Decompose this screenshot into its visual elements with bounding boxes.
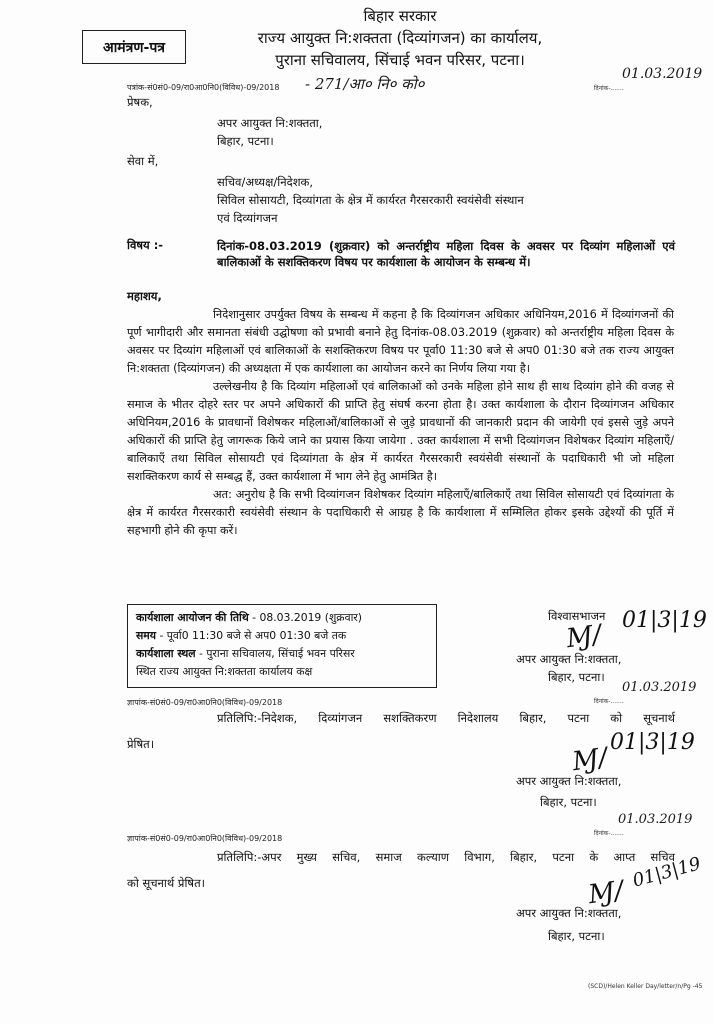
copy1-designation: अपर आयुक्त नि:शक्तता,: [516, 774, 621, 789]
letter-body: निदेशानुसार उपर्युक्त विषय के सम्बन्ध मे…: [127, 306, 674, 540]
event-details-box: कार्यशाला आयोजन की तिथि - 08.03.2019 (शु…: [127, 604, 437, 688]
recipient-label: सेवा में,: [127, 154, 158, 169]
paragraph-2: उल्लेखनीय है कि दिव्यांग महिलाओं एवं बाल…: [127, 378, 674, 486]
office-name: राज्य आयुक्त नि:शक्तता (दिव्यांगजन) का क…: [190, 28, 610, 48]
invitation-badge-label: आमंत्रण-पत्र: [103, 38, 165, 57]
signature-designation-1: अपर आयुक्त नि:शक्तता,: [516, 652, 621, 667]
event-date-value: - 08.03.2019 (शुक्रवार): [252, 611, 362, 624]
letter-date-label: दिनांक-.......: [594, 84, 624, 92]
copy1-reference: ज्ञापांक-सं0सं0-09/रा0आ0नि0(विविध)-09/20…: [127, 697, 282, 708]
copy2-text-line1: प्रतिलिपि:-अपर मुख्य सचिव, समाज कल्याण व…: [217, 850, 675, 865]
paragraph-1: निदेशानुसार उपर्युक्त विषय के सम्बन्ध मे…: [127, 306, 674, 378]
copy2-text-line2: को सूचनार्थ प्रेषित।: [127, 876, 205, 891]
event-time-row: समय - पूर्वा0 11:30 बजे से अप0 01:30 बजे…: [136, 627, 428, 645]
signature-date-1: 01|3|19: [622, 608, 707, 633]
signature-mark-2: Ɱ/: [570, 743, 609, 778]
copy2-place: बिहार, पटना।: [548, 929, 605, 944]
recipient-line2: सिविल सोसायटी, दिव्यांगता के क्षेत्र में…: [217, 193, 524, 208]
recipient-line1: सचिव/अध्यक्ष/निदेशक,: [217, 175, 313, 190]
file-path-footer: (SCD)/Helen Keller Day/letter/n/Pg -45: [588, 983, 702, 990]
government-name: बिहार सरकार: [190, 6, 610, 26]
recipient-line3: एवं दिव्यांगजन: [217, 211, 277, 226]
office-address: पुराना सचिवालय, सिंचाई भवन परिसर, पटना।: [190, 50, 610, 70]
event-time-value: - पूर्वा0 11:30 बजे से अप0 01:30 बजे तक: [159, 629, 346, 642]
letter-date-handwritten: 01.03.2019: [622, 66, 702, 82]
copy1-text-line1: प्रतिलिपि:-निदेशक, दिव्यांगजन सशक्तिकरण …: [217, 711, 675, 726]
copy2-reference: ज्ञापांक-सं0सं0-09/रा0आ0नि0(विविध)-09/20…: [127, 833, 282, 844]
sender-designation: अपर आयुक्त नि:शक्तता,: [217, 116, 322, 131]
signature-date-handwritten-1: 01.03.2019: [622, 680, 696, 695]
letter-number-handwritten: - 271/आ० नि० को०: [305, 74, 424, 94]
subject-label: विषय :-: [127, 238, 163, 253]
event-date-label: कार्यशाला आयोजन की तिथि: [136, 611, 249, 624]
event-venue-label: कार्यशाला स्थल: [136, 647, 196, 660]
sender-place: बिहार, पटना।: [217, 134, 274, 149]
copy1-place: बिहार, पटना।: [540, 795, 597, 810]
signature-date-label-1: दिनांक-.......: [594, 697, 624, 705]
invitation-badge: आमंत्रण-पत्र: [82, 30, 186, 64]
sender-label: प्रेषक,: [127, 95, 153, 110]
signature-place-1: बिहार, पटना।: [548, 670, 605, 685]
copy1-date-handwritten: 01.03.2019: [618, 812, 692, 827]
subject-text: दिनांक-08.03.2019 (शुक्रवार) को अन्तर्रा…: [217, 238, 675, 270]
paragraph-3: अत: अनुरोध है कि सभी दिव्यांगजन विशेषकर …: [127, 486, 674, 540]
signature-date-2: 01|3|19: [610, 730, 695, 755]
signature-mark-1: Ɱ/: [564, 620, 603, 655]
letter-number: पत्रांक-सं0सं0-09/रा0आ0नि0(विविध)-09/201…: [127, 82, 279, 93]
event-venue-value: - पुराना सचिवालय, सिंचाई भवन परिसर: [199, 647, 355, 660]
event-date-row: कार्यशाला आयोजन की तिथि - 08.03.2019 (शु…: [136, 609, 428, 627]
event-venue-row: कार्यशाला स्थल - पुराना सचिवालय, सिंचाई …: [136, 645, 428, 663]
copy1-text-line2: प्रेषित।: [127, 737, 154, 752]
salutation: महाशय,: [127, 289, 162, 304]
event-time-label: समय: [136, 629, 156, 642]
letter-page: बिहार सरकार राज्य आयुक्त नि:शक्तता (दिव्…: [0, 0, 714, 1024]
copy1-date-label: दिनांक-.......: [594, 829, 624, 837]
event-venue-line2: स्थित राज्य आयुक्त नि:शक्तता कार्यालय कक…: [136, 663, 428, 681]
copy2-designation: अपर आयुक्त नि:शक्तता,: [516, 906, 621, 921]
